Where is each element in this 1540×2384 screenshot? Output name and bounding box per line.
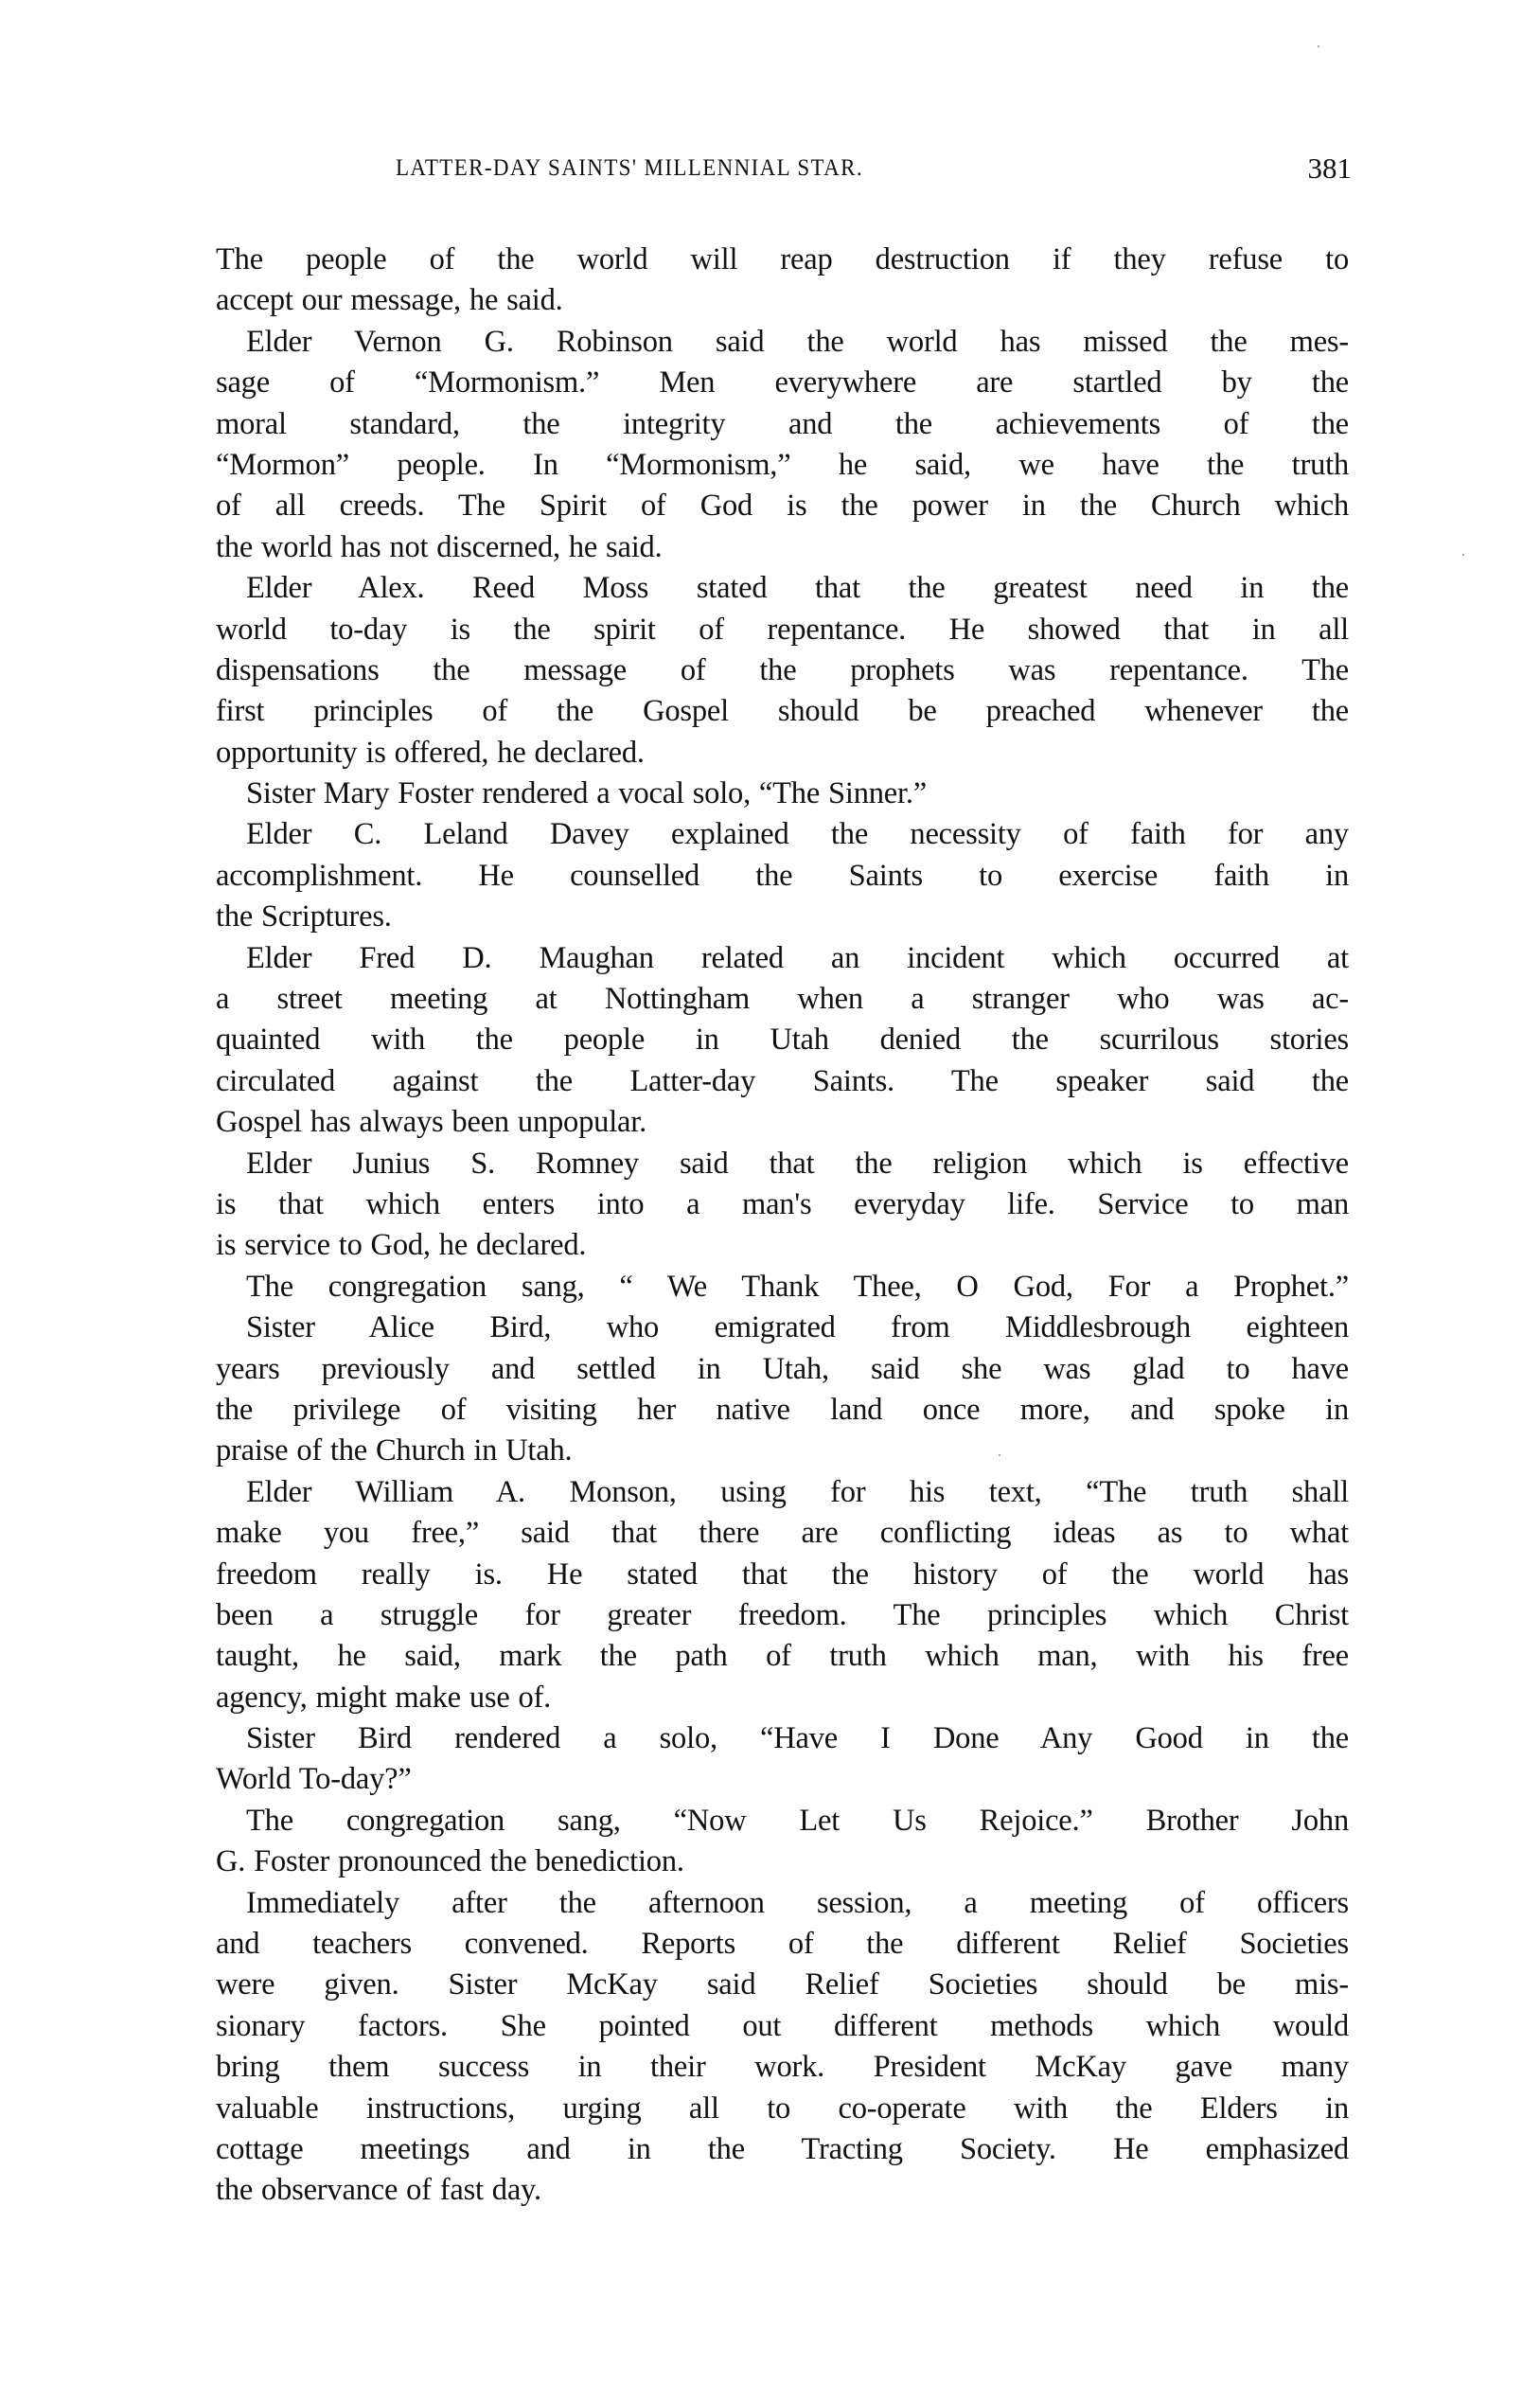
text-line: Elder C. Leland Davey explained the nece…: [216, 814, 1349, 855]
text-line: bring them success in their work. Presid…: [216, 2047, 1349, 2088]
text-line: Elder Junius S. Romney said that the rel…: [216, 1144, 1349, 1184]
text-line: been a struggle for greater freedom. The…: [216, 1595, 1349, 1636]
text-line: agency, might make use of.: [216, 1678, 1349, 1718]
text-line: Sister Mary Foster rendered a vocal solo…: [216, 774, 1349, 814]
journal-title: LATTER-DAY SAINTS' MILLENNIAL STAR.: [396, 155, 863, 182]
text-line: the observance of fast day.: [216, 2170, 1349, 2211]
text-line: moral standard, the integrity and the ac…: [216, 404, 1349, 445]
text-line: Elder Vernon G. Robinson said the world …: [216, 322, 1349, 363]
text-line: a street meeting at Nottingham when a st…: [216, 979, 1349, 1020]
text-line: The people of the world will reap destru…: [216, 240, 1349, 280]
text-line: circulated against the Latter-day Saints…: [216, 1061, 1349, 1102]
scan-speck: [1122, 1046, 1124, 1048]
text-line: accept our message, he said.: [216, 280, 1349, 321]
text-line: The congregation sang, “Now Let Us Rejoi…: [216, 1801, 1349, 1841]
text-line: praise of the Church in Utah.: [216, 1431, 1349, 1471]
text-line: cottage meetings and in the Tracting Soc…: [216, 2129, 1349, 2170]
text-line: were given. Sister McKay said Relief Soc…: [216, 1965, 1349, 2005]
text-line: sage of “Mormonism.” Men everywhere are …: [216, 363, 1349, 403]
text-line: the Scriptures.: [216, 897, 1349, 937]
text-line: The congregation sang, “ We Thank Thee, …: [216, 1267, 1349, 1308]
text-line: opportunity is offered, he declared.: [216, 733, 1349, 774]
text-line: is that which enters into a man's everyd…: [216, 1184, 1349, 1225]
text-line: “Mormon” people. In “Mormonism,” he said…: [216, 445, 1349, 486]
text-line: Elder Fred D. Maughan related an inciden…: [216, 938, 1349, 979]
text-line: world to-day is the spirit of repentance…: [216, 610, 1349, 650]
text-line: Elder William A. Monson, using for his t…: [216, 1472, 1349, 1513]
body-text: The people of the world will reap destru…: [216, 240, 1349, 2212]
text-line: dispensations the message of the prophet…: [216, 650, 1349, 691]
scan-speck: [999, 1454, 1000, 1456]
text-line: Immediately after the afternoon session,…: [216, 1883, 1349, 1924]
text-line: Sister Alice Bird, who emigrated from Mi…: [216, 1308, 1349, 1348]
scan-speck: [1318, 45, 1319, 47]
text-line: years previously and settled in Utah, sa…: [216, 1349, 1349, 1390]
text-line: the privilege of visiting her native lan…: [216, 1390, 1349, 1431]
text-line: valuable instructions, urging all to co-…: [216, 2089, 1349, 2129]
scan-speck: [1462, 554, 1464, 556]
text-line: sionary factors. She pointed out differe…: [216, 2006, 1349, 2047]
text-line: the world has not discerned, he said.: [216, 527, 1349, 568]
text-line: G. Foster pronounced the benediction.: [216, 1841, 1349, 1882]
page-number: 381: [1308, 151, 1353, 186]
text-line: make you free,” said that there are conf…: [216, 1513, 1349, 1554]
text-line: Sister Bird rendered a solo, “Have I Don…: [216, 1718, 1349, 1759]
text-line: first principles of the Gospel should be…: [216, 691, 1349, 732]
text-line: quainted with the people in Utah denied …: [216, 1020, 1349, 1060]
running-head: LATTER-DAY SAINTS' MILLENNIAL STAR. 381: [396, 151, 1352, 189]
text-line: and teachers convened. Reports of the di…: [216, 1924, 1349, 1965]
text-line: taught, he said, mark the path of truth …: [216, 1636, 1349, 1677]
text-line: of all creeds. The Spirit of God is the …: [216, 486, 1349, 526]
text-line: Elder Alex. Reed Moss stated that the gr…: [216, 568, 1349, 609]
document-page: LATTER-DAY SAINTS' MILLENNIAL STAR. 381 …: [0, 0, 1540, 2384]
text-line: accomplishment. He counselled the Saints…: [216, 856, 1349, 897]
text-line: freedom really is. He stated that the hi…: [216, 1555, 1349, 1595]
text-line: World To-day?”: [216, 1759, 1349, 1800]
text-line: Gospel has always been unpopular.: [216, 1102, 1349, 1143]
text-line: is service to God, he declared.: [216, 1225, 1349, 1266]
